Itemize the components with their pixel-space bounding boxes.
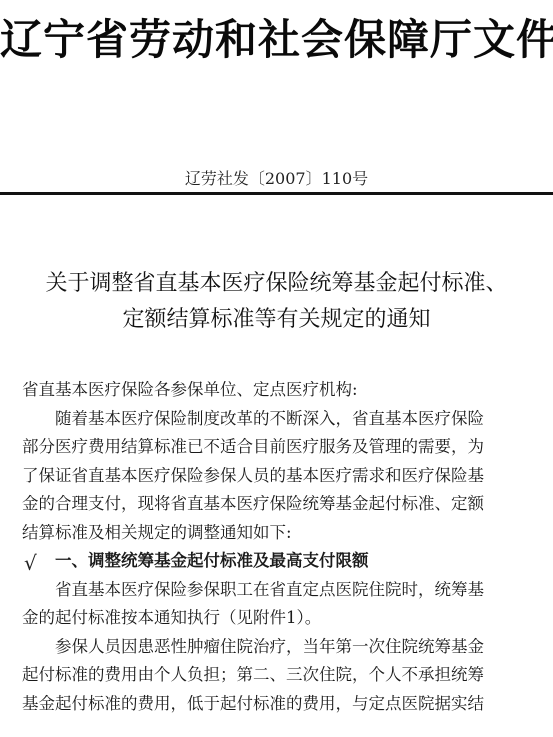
intro-line-3: 了保证省直基本医疗保险参保人员的基本医疗需求和医疗保险基 <box>22 462 542 491</box>
intro-line-5: 结算标准及相关规定的调整通知如下: <box>22 519 542 548</box>
header-divider <box>0 192 553 195</box>
salutation: 省直基本医疗保险各参保单位、定点医疗机构: <box>22 376 542 405</box>
section-1-para-2-line-3: 基金起付标准的费用，低于起付标准的费用，与定点医院据实结 <box>22 690 542 719</box>
intro-line-4: 金的合理支付，现将省直基本医疗保险统筹基金起付标准、定额 <box>22 490 542 519</box>
notice-title-line-1: 关于调整省直基本医疗保险统筹基金起付标准、 <box>0 266 553 302</box>
intro-line-2: 部分医疗费用结算标准已不适合目前医疗服务及管理的需要，为 <box>22 433 542 462</box>
section-1-heading: √ 一、调整统筹基金起付标准及最高支付限额 <box>22 547 542 576</box>
handwritten-checkmark-icon: √ <box>24 549 37 578</box>
document-body: 省直基本医疗保险各参保单位、定点医疗机构: 随着基本医疗保险制度改革的不断深入，… <box>22 376 542 718</box>
section-1-heading-text: 一、调整统筹基金起付标准及最高支付限额 <box>55 551 369 570</box>
section-1-para-2-line-1: 参保人员因患恶性肿瘤住院治疗，当年第一次住院统筹基金 <box>22 633 542 662</box>
section-1-para-1-line-1: 省直基本医疗保险参保职工在省直定点医院住院时，统筹基 <box>22 576 542 605</box>
document-number: 辽劳社发〔2007〕110号 <box>0 168 553 190</box>
intro-line-1: 随着基本医疗保险制度改革的不断深入，省直基本医疗保险 <box>22 405 542 434</box>
notice-title: 关于调整省直基本医疗保险统筹基金起付标准、 定额结算标准等有关规定的通知 <box>0 266 553 338</box>
section-1-para-1-line-2: 金的起付标准按本通知执行（见附件1）。 <box>22 604 542 633</box>
section-1-para-2-line-2: 起付标准的费用由个人负担；第二、三次住院，个人不承担统筹 <box>22 661 542 690</box>
issuer-header-title: 辽宁省劳动和社会保障厅文件 <box>0 14 553 66</box>
notice-title-line-2: 定额结算标准等有关规定的通知 <box>0 302 553 338</box>
